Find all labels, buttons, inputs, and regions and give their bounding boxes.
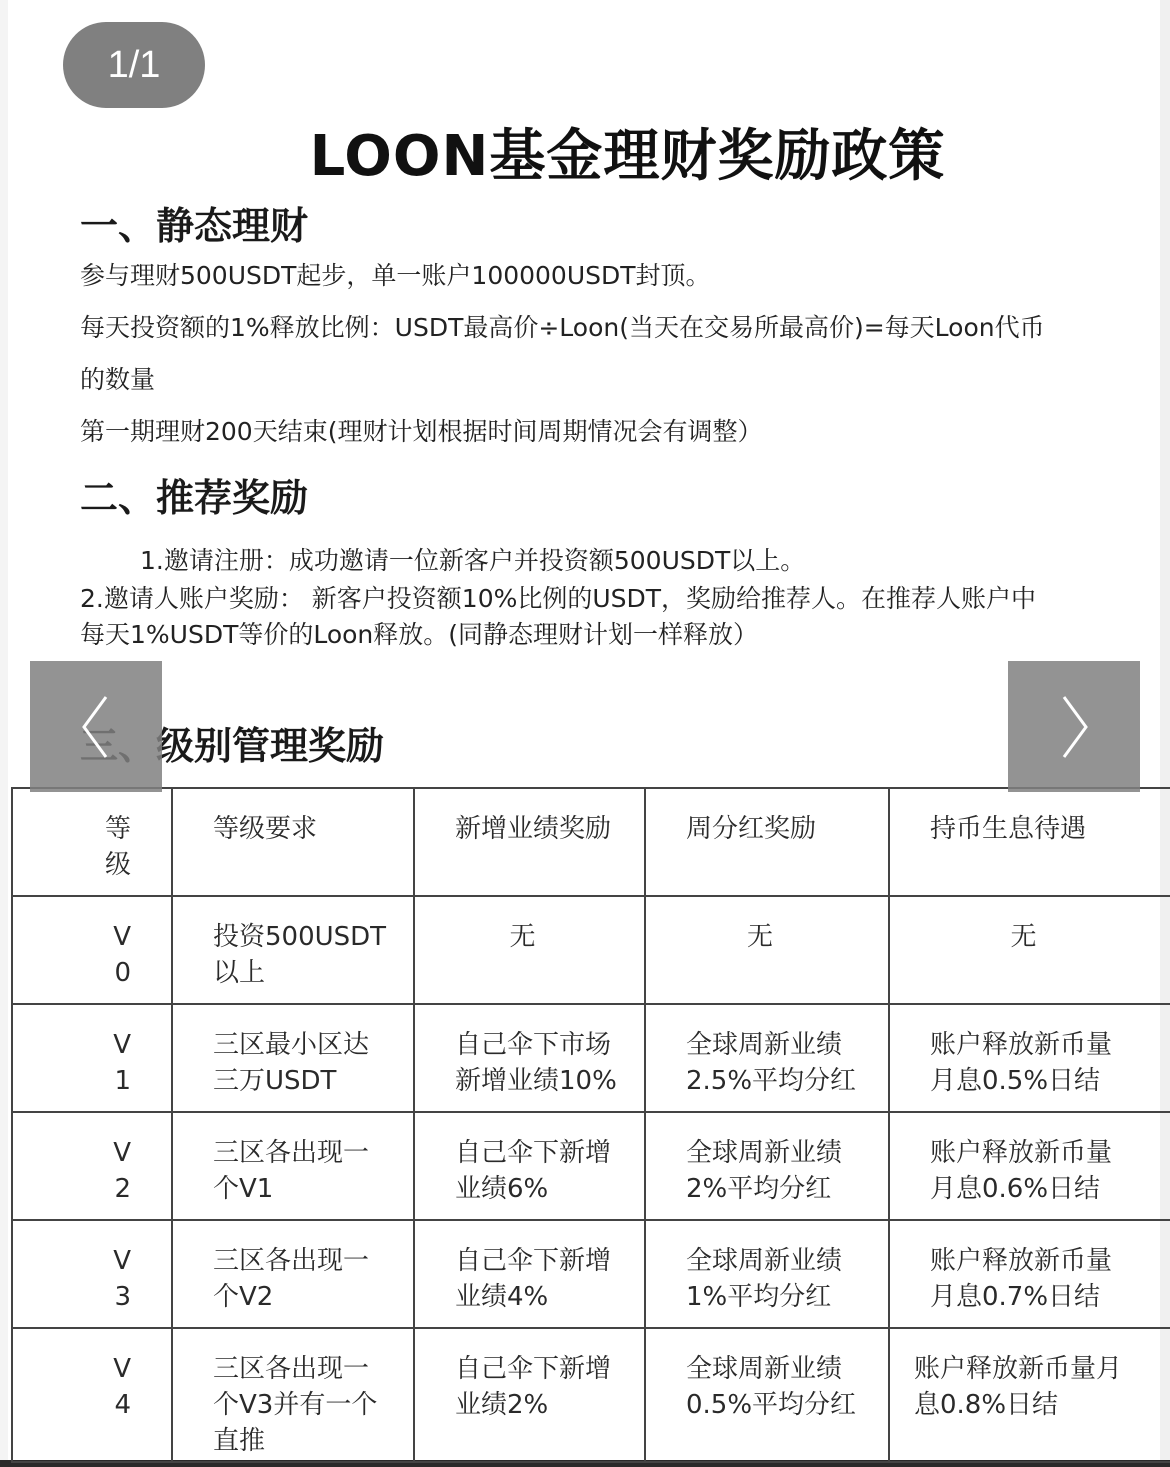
table-row: V 4 三区各出现一 个V3并有一个 直推 自己伞下新增 业绩2% 全球周新业绩… xyxy=(12,1328,1170,1462)
header-new-performance: 新增业绩奖励 xyxy=(414,788,645,896)
cell-new-performance: 无 xyxy=(414,896,645,1004)
cell-weekly-dividend: 全球周新业绩 2.5%平均分红 xyxy=(645,1004,889,1112)
paragraph: 的数量 xyxy=(80,360,155,396)
cell-weekly-dividend: 全球周新业绩 1%平均分红 xyxy=(645,1220,889,1328)
cell-requirement: 三区最小区达 三万USDT xyxy=(172,1004,414,1112)
cell-requirement: 三区各出现一 个V3并有一个 直推 xyxy=(172,1328,414,1462)
header-holding-interest: 持币生息待遇 xyxy=(889,788,1170,896)
cell-holding-interest: 无 xyxy=(889,896,1170,1004)
document-title: LOON基金理财奖励政策 xyxy=(0,112,1170,192)
header-requirement: 等级要求 xyxy=(172,788,414,896)
table-row: V 1 三区最小区达 三万USDT 自己伞下市场 新增业绩10% 全球周新业绩 … xyxy=(12,1004,1170,1112)
paragraph: 第一期理财200天结束(理财计划根据时间周期情况会有调整） xyxy=(80,412,762,448)
chevron-right-icon xyxy=(1054,692,1094,762)
cell-requirement: 投资500USDT 以上 xyxy=(172,896,414,1004)
header-weekly-dividend: 周分红奖励 xyxy=(645,788,889,896)
header-label: 持币生息待遇 xyxy=(930,814,1086,844)
paragraph: 1.邀请注册：成功邀请一位新客户并投资额500USDT以上。 xyxy=(140,541,805,577)
cell-holding-interest: 账户释放新币量 月息0.5%日结 xyxy=(889,1004,1170,1112)
cell-new-performance: 自己伞下市场 新增业绩10% xyxy=(414,1004,645,1112)
table-header-row: 等 级 等级要求 新增业绩奖励 周分红奖励 持币生息待遇 xyxy=(12,788,1170,896)
cell-holding-interest: 账户释放新币量 月息0.7%日结 xyxy=(889,1220,1170,1328)
cell-level: V 2 xyxy=(12,1112,172,1220)
cell-new-performance: 自己伞下新增 业绩4% xyxy=(414,1220,645,1328)
chevron-left-icon xyxy=(76,692,116,762)
cell-requirement: 三区各出现一 个V2 xyxy=(172,1220,414,1328)
table-row: V 3 三区各出现一 个V2 自己伞下新增 业绩4% 全球周新业绩 1%平均分红… xyxy=(12,1220,1170,1328)
cell-level: V 4 xyxy=(12,1328,172,1462)
cell-level: V 1 xyxy=(12,1004,172,1112)
table-row: V 0 投资500USDT 以上 无 无 无 xyxy=(12,896,1170,1004)
level-reward-table: 等 级 等级要求 新增业绩奖励 周分红奖励 持币生息待遇 V 0 投资500US… xyxy=(11,787,1170,1463)
cell-weekly-dividend: 全球周新业绩 2%平均分红 xyxy=(645,1112,889,1220)
cell-holding-interest: 账户释放新币量 月息0.6%日结 xyxy=(889,1112,1170,1220)
header-label: 等 级 xyxy=(105,814,131,880)
paragraph: 每天投资额的1%释放比例：USDT最高价÷Loon(当天在交易所最高价)=每天L… xyxy=(80,308,1045,344)
cell-requirement: 三区各出现一 个V1 xyxy=(172,1112,414,1220)
next-page-button[interactable] xyxy=(1008,661,1140,792)
header-level: 等 级 xyxy=(12,788,172,896)
cell-weekly-dividend: 无 xyxy=(645,896,889,1004)
prev-page-button[interactable] xyxy=(30,661,162,792)
header-label: 新增业绩奖励 xyxy=(455,814,611,844)
section-heading-static: 一、静态理财 xyxy=(80,195,308,250)
paragraph: 参与理财500USDT起步，单一账户100000USDT封顶。 xyxy=(80,256,711,292)
cell-new-performance: 自己伞下新增 业绩2% xyxy=(414,1328,645,1462)
cell-weekly-dividend: 全球周新业绩 0.5%平均分红 xyxy=(645,1328,889,1462)
cell-level: V 0 xyxy=(12,896,172,1004)
paragraph: 2.邀请人账户奖励： 新客户投资额10%比例的USDT，奖励给推荐人。在推荐人账… xyxy=(80,579,1036,615)
section-heading-referral: 二、推荐奖励 xyxy=(80,467,308,522)
cell-holding-interest: 账户释放新币量月 息0.8%日结 xyxy=(889,1328,1170,1462)
page-counter-badge: 1/1 xyxy=(63,22,205,108)
cell-new-performance: 自己伞下新增 业绩6% xyxy=(414,1112,645,1220)
cell-level: V 3 xyxy=(12,1220,172,1328)
header-label: 等级要求 xyxy=(213,814,317,844)
paragraph: 每天1%USDT等价的Loon释放。(同静态理财计划一样释放） xyxy=(80,615,758,651)
table-row: V 2 三区各出现一 个V1 自己伞下新增 业绩6% 全球周新业绩 2%平均分红… xyxy=(12,1112,1170,1220)
header-label: 周分红奖励 xyxy=(686,814,816,844)
